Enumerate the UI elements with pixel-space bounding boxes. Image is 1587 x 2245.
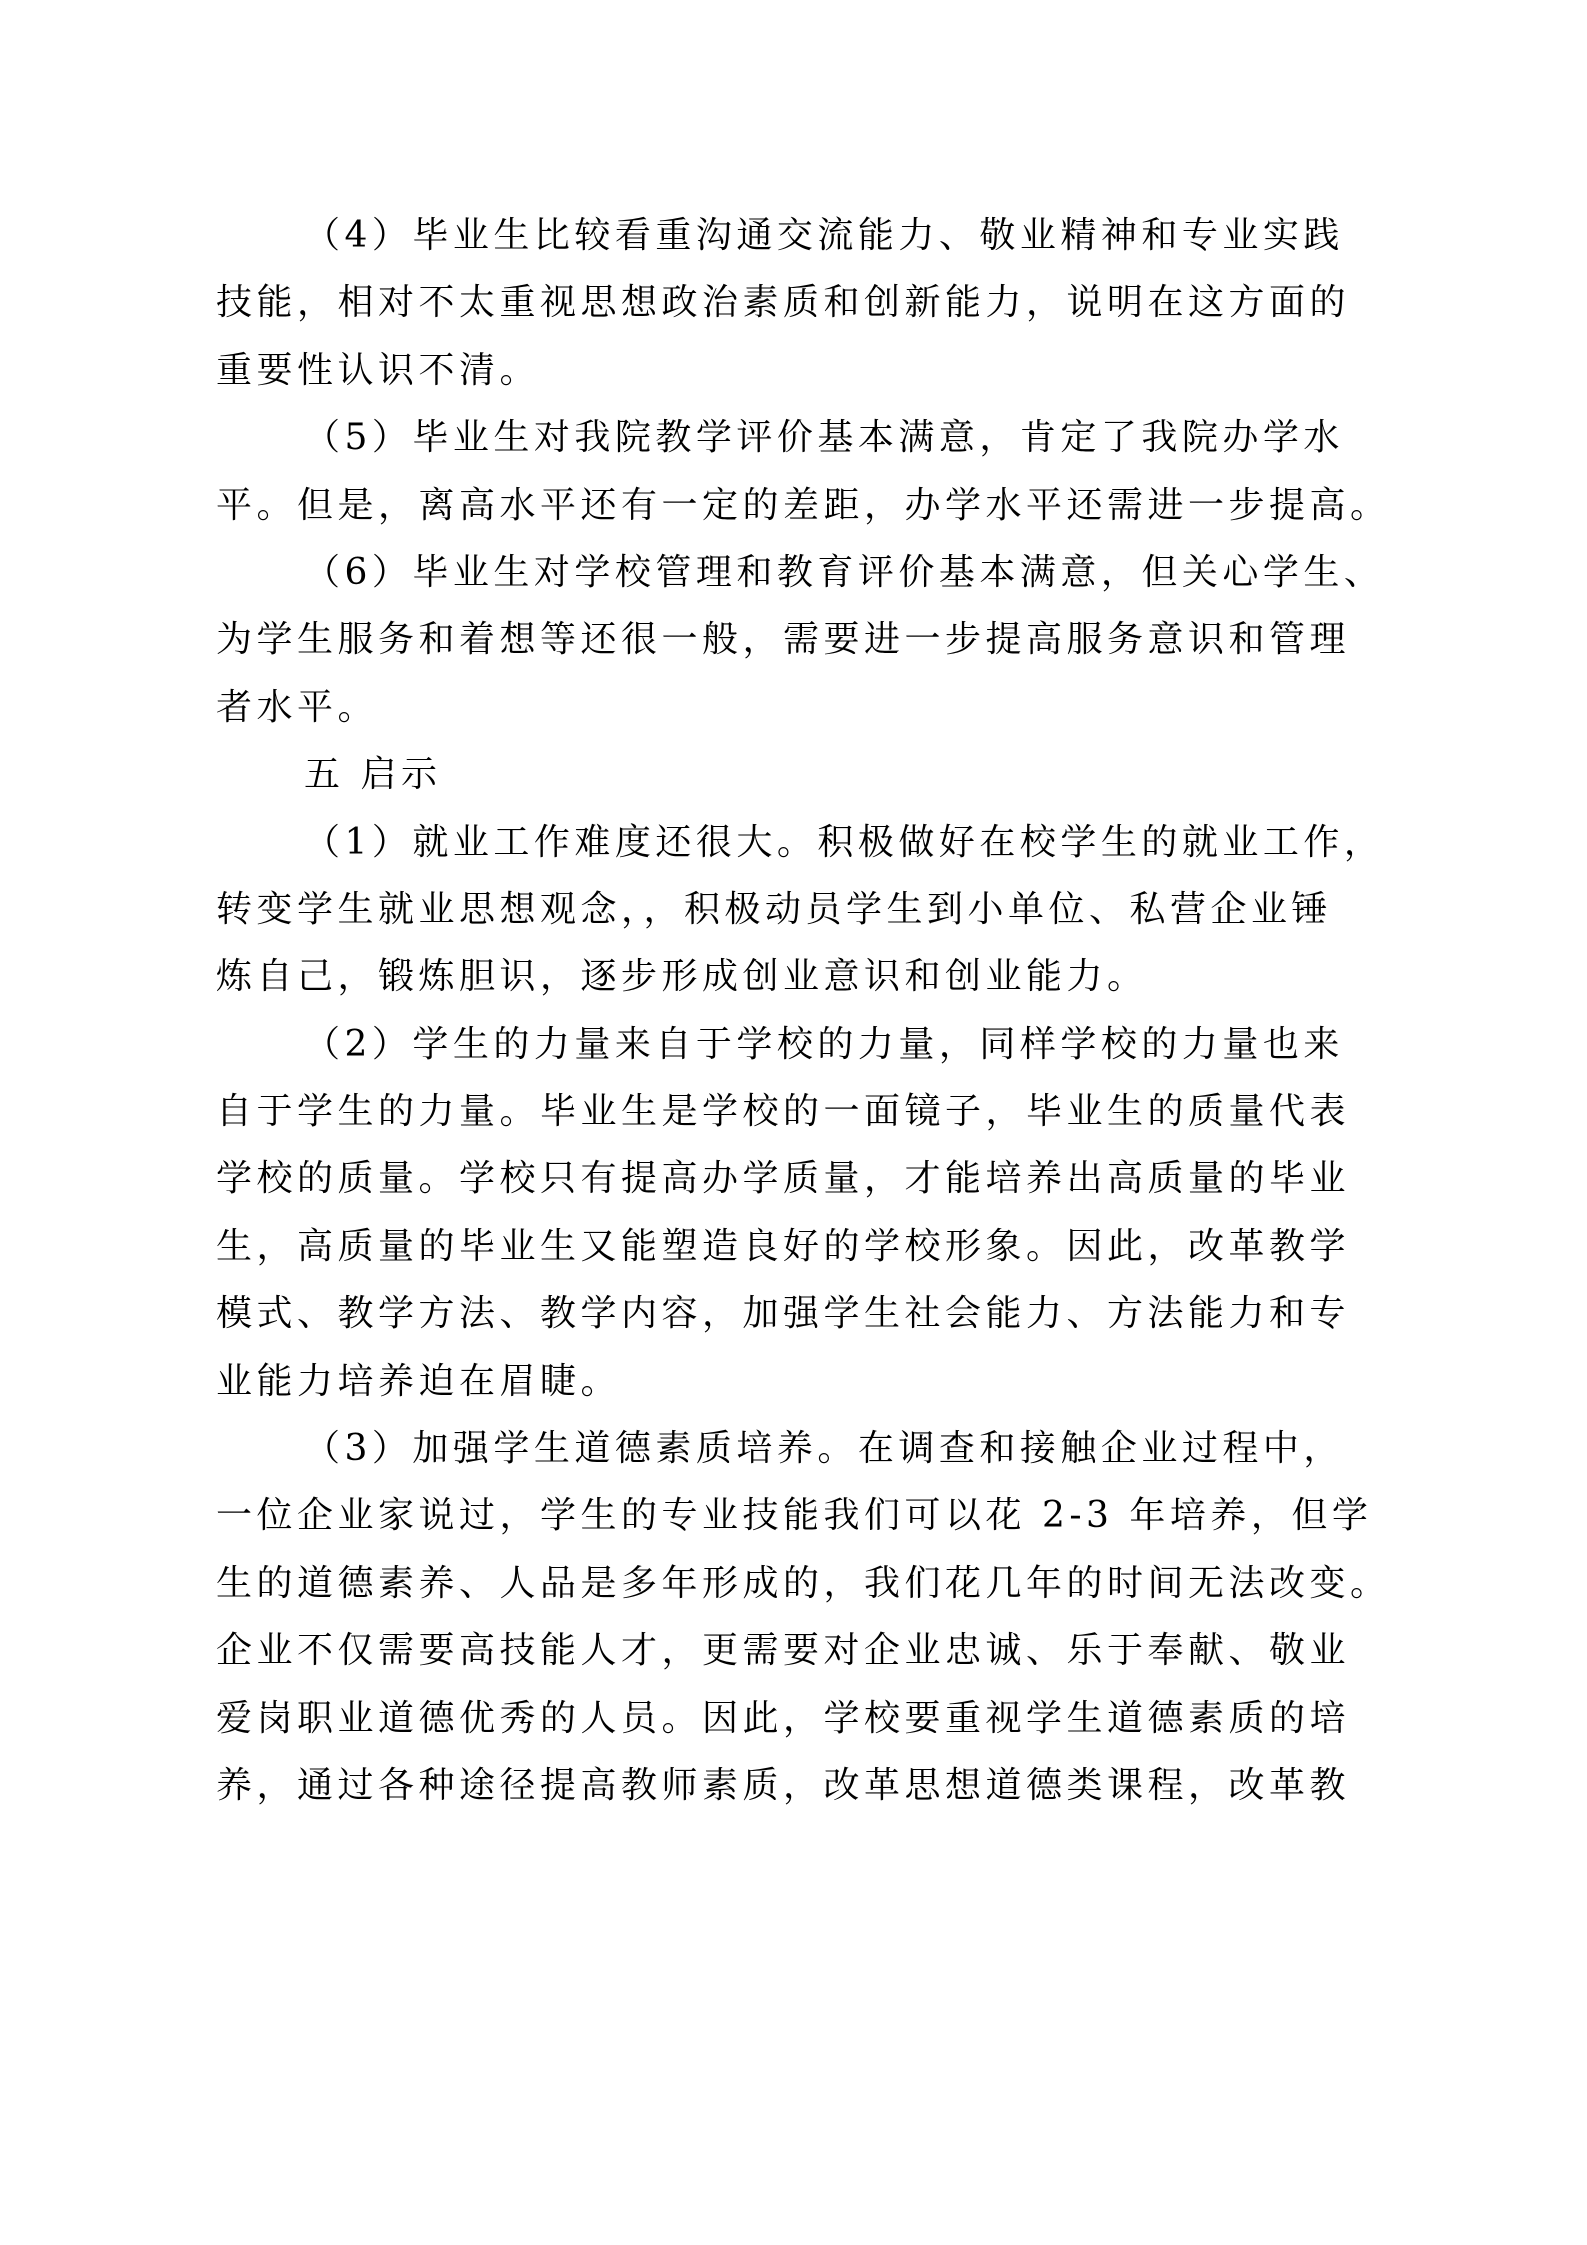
text-line: 者水平。 [216, 674, 1396, 741]
text-line: 技能，相对不太重视思想政治素质和创新能力，说明在这方面的 [216, 269, 1396, 336]
section-heading-text: 五 启示 [216, 741, 1396, 808]
paragraph-conclusion-5: （5）毕业生对我院教学评价基本满意，肯定了我院办学水 平。但是，离高水平还有一定… [216, 404, 1396, 539]
text-line: 重要性认识不清。 [216, 337, 1396, 404]
text-line: 模式、教学方法、教学内容，加强学生社会能力、方法能力和专 [216, 1280, 1396, 1347]
section-heading-insights: 五 启示 [216, 741, 1396, 808]
document-page: （4）毕业生比较看重沟通交流能力、敬业精神和专业实践 技能，相对不太重视思想政治… [216, 202, 1396, 1819]
paragraph-insight-1: （1）就业工作难度还很大。积极做好在校学生的就业工作， 转变学生就业思想观念，，… [216, 809, 1396, 1011]
text-line: 养，通过各种途径提高教师素质，改革思想道德类课程，改革教 [216, 1752, 1396, 1819]
text-line: （2）学生的力量来自于学校的力量，同样学校的力量也来 [216, 1011, 1396, 1078]
text-line: （1）就业工作难度还很大。积极做好在校学生的就业工作， [216, 809, 1396, 876]
text-line: 业能力培养迫在眉睫。 [216, 1348, 1396, 1415]
text-line: 生的道德素养、人品是多年形成的，我们花几年的时间无法改变。 [216, 1550, 1396, 1617]
text-line: 为学生服务和着想等还很一般，需要进一步提高服务意识和管理 [216, 606, 1396, 673]
text-line: 自于学生的力量。毕业生是学校的一面镜子，毕业生的质量代表 [216, 1078, 1396, 1145]
text-line: 生，高质量的毕业生又能塑造良好的学校形象。因此，改革教学 [216, 1213, 1396, 1280]
text-line: 平。但是，离高水平还有一定的差距，办学水平还需进一步提高。 [216, 472, 1396, 539]
text-line: 爱岗职业道德优秀的人员。因此，学校要重视学生道德素质的培 [216, 1685, 1396, 1752]
text-line: 学校的质量。学校只有提高办学质量，才能培养出高质量的毕业 [216, 1145, 1396, 1212]
text-line: 一位企业家说过，学生的专业技能我们可以花 2-3 年培养，但学 [216, 1482, 1396, 1549]
text-line: （5）毕业生对我院教学评价基本满意，肯定了我院办学水 [216, 404, 1396, 471]
text-line: （3）加强学生道德素质培养。在调查和接触企业过程中， [216, 1415, 1396, 1482]
text-line: 转变学生就业思想观念，，积极动员学生到小单位、私营企业锤 [216, 876, 1396, 943]
text-line: （4）毕业生比较看重沟通交流能力、敬业精神和专业实践 [216, 202, 1396, 269]
paragraph-insight-2: （2）学生的力量来自于学校的力量，同样学校的力量也来 自于学生的力量。毕业生是学… [216, 1011, 1396, 1415]
paragraph-insight-3: （3）加强学生道德素质培养。在调查和接触企业过程中， 一位企业家说过，学生的专业… [216, 1415, 1396, 1819]
text-line: 炼自己，锻炼胆识，逐步形成创业意识和创业能力。 [216, 943, 1396, 1010]
paragraph-conclusion-4: （4）毕业生比较看重沟通交流能力、敬业精神和专业实践 技能，相对不太重视思想政治… [216, 202, 1396, 404]
text-line: 企业不仅需要高技能人才，更需要对企业忠诚、乐于奉献、敬业 [216, 1617, 1396, 1684]
text-line: （6）毕业生对学校管理和教育评价基本满意，但关心学生、 [216, 539, 1396, 606]
paragraph-conclusion-6: （6）毕业生对学校管理和教育评价基本满意，但关心学生、 为学生服务和着想等还很一… [216, 539, 1396, 741]
